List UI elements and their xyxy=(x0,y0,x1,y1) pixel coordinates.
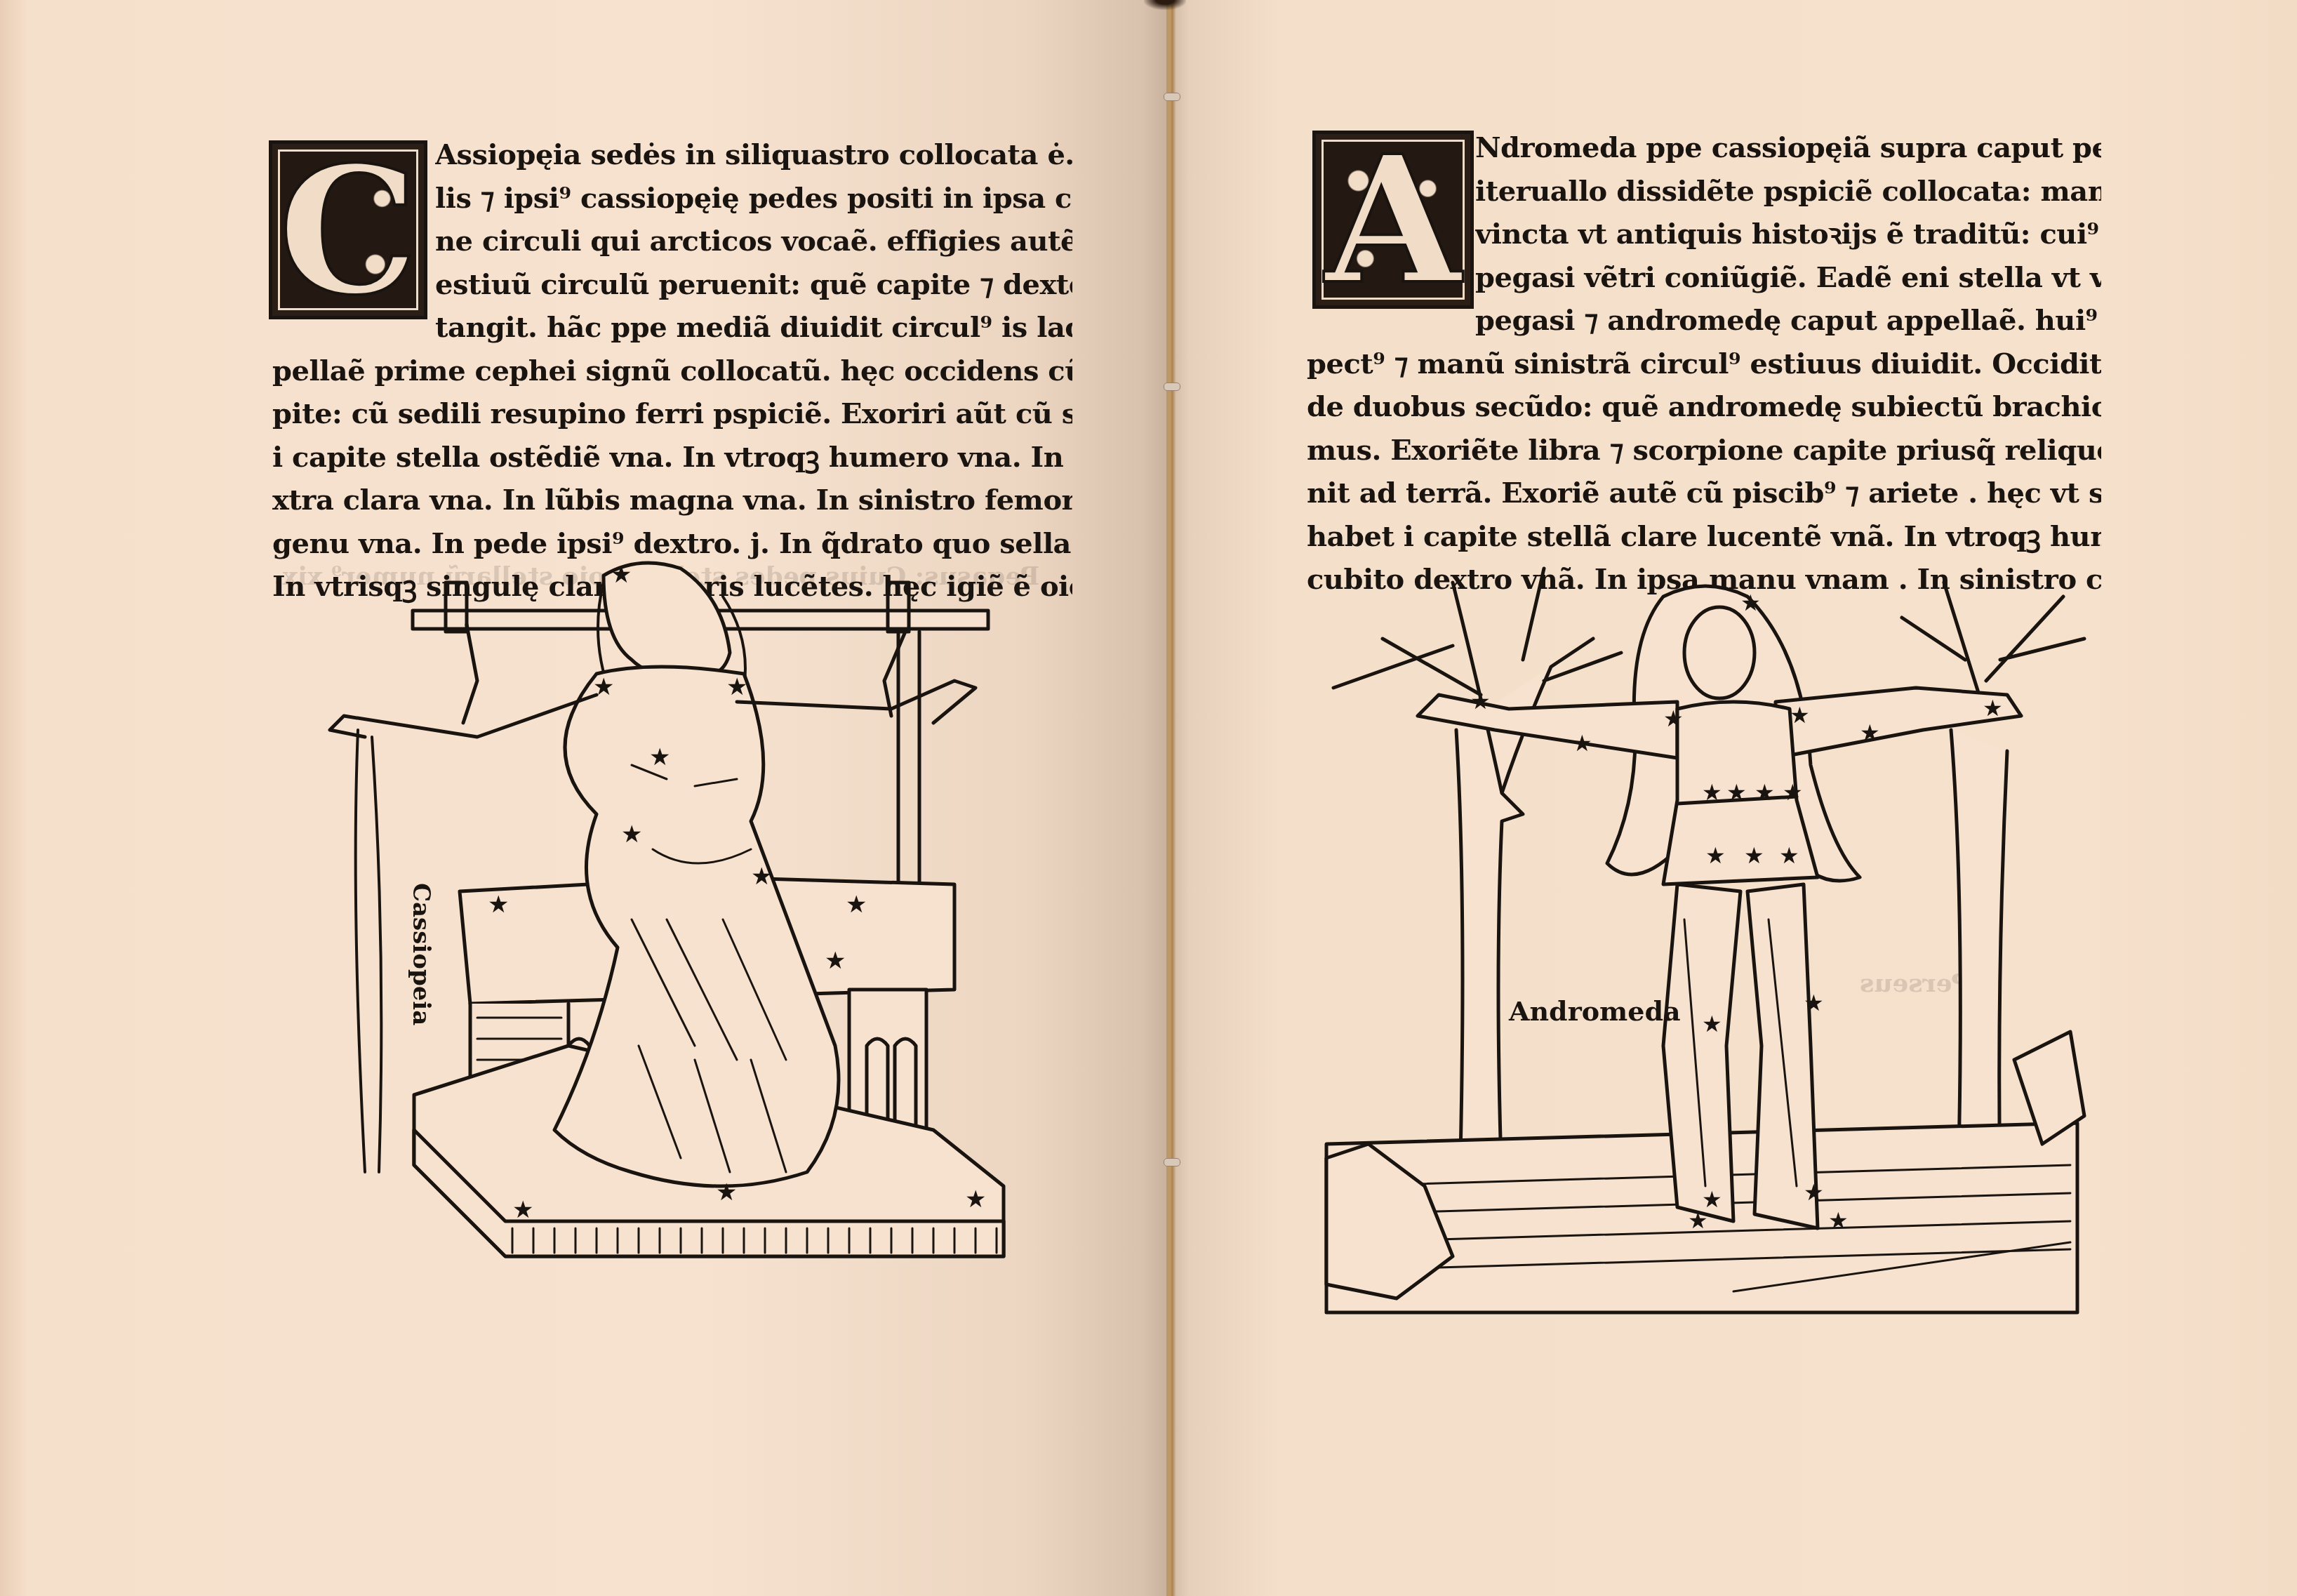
text-line: pegasi vẽtri coniũgiẽ. Eadẽ eni stella v… xyxy=(1475,256,2101,300)
spine-shadow xyxy=(1144,0,1186,10)
text-line: de duobus secũdo: quẽ andromedę subiectũ… xyxy=(1307,385,2101,429)
andromeda-label: Andromeda xyxy=(1509,995,1681,1027)
svg-text:★: ★ xyxy=(1688,1207,1708,1234)
text-line: estiuũ circulũ peruenit: quẽ capite ⁊ de… xyxy=(435,263,1072,307)
text-line: lis ⁊ ipsi⁹ cassiopęię pedes positi in i… xyxy=(435,177,1072,220)
initial-letter: C xyxy=(279,142,418,318)
svg-text:★: ★ xyxy=(716,1178,737,1206)
text-line: mus. Exoriẽte libra ⁊ scorpione capite p… xyxy=(1307,429,2101,472)
cassiopeia-label: Cassiopeia xyxy=(393,870,435,1039)
svg-text:★: ★ xyxy=(1804,990,1824,1016)
svg-text:★: ★ xyxy=(1702,1011,1722,1037)
svg-text:★: ★ xyxy=(593,673,614,701)
text-line: nit ad terrã. Exoriẽ autẽ cũ piscib⁹ ⁊ a… xyxy=(1307,472,2101,515)
svg-text:★: ★ xyxy=(1470,688,1491,714)
svg-text:★: ★ xyxy=(1804,1179,1824,1206)
binding-thread xyxy=(1164,93,1180,101)
svg-text:★: ★ xyxy=(1702,779,1722,806)
svg-text:★: ★ xyxy=(1726,779,1747,806)
svg-text:★: ★ xyxy=(512,1196,533,1224)
decorated-initial-c: C xyxy=(269,140,427,319)
svg-text:★: ★ xyxy=(726,673,747,701)
text-line: pegasi ⁊ andromedę caput appellaẽ. hui⁹ … xyxy=(1475,299,2101,343)
svg-text:★: ★ xyxy=(751,863,772,891)
text-line: Assiopęia sedės in siliquastro collocata… xyxy=(435,133,1072,177)
svg-text:★: ★ xyxy=(1663,705,1684,732)
svg-text:★: ★ xyxy=(1790,702,1810,729)
svg-text:★: ★ xyxy=(1755,779,1775,806)
text-line: pite: cũ sedili resupino ferri pspiciẽ. … xyxy=(272,392,1072,436)
svg-text:★: ★ xyxy=(1828,1207,1849,1234)
text-line: tangit. hãc ppe mediã diuidit circul⁹ is… xyxy=(435,306,1072,350)
text-line: i capite stella ostẽdiẽ vna. In vtroqꝫ h… xyxy=(272,436,1072,479)
svg-text:★: ★ xyxy=(488,891,509,919)
svg-text:★: ★ xyxy=(1860,719,1880,746)
svg-text:★: ★ xyxy=(1705,842,1726,869)
text-line: pellaẽ prime cephei signũ collocatũ. hęc… xyxy=(272,350,1072,393)
text-line: Ndromeda ppe cassiopęiã supra caput pers… xyxy=(1475,126,2101,170)
decorated-initial-a: A xyxy=(1312,131,1474,309)
text-line: ne circuli qui arcticos vocaẽ. effigies … xyxy=(435,220,1072,263)
book-gutter xyxy=(1166,0,1176,1596)
svg-text:★: ★ xyxy=(1783,779,1803,806)
svg-text:★: ★ xyxy=(611,561,632,589)
andromeda-woodcut: ★ ★ ★ ★ ★ ★ ★ ★ ★ ★ ★ ★ ★ ★ ★ ★ ★ ★ ★ ★ xyxy=(1312,554,2098,1341)
text-line: pect⁹ ⁊ manũ sinistrã circul⁹ estiuus di… xyxy=(1307,343,2101,386)
svg-text:★: ★ xyxy=(621,820,642,849)
binding-thread xyxy=(1164,1158,1180,1166)
text-line: xtra clara vna. In lũbis magna vna. In s… xyxy=(272,479,1072,522)
svg-text:★: ★ xyxy=(846,891,867,919)
svg-text:★: ★ xyxy=(1740,590,1761,616)
text-line: iteruallo dissidẽte pspiciẽ collocata: m… xyxy=(1475,170,2101,213)
text-line: habet i capite stellã clare lucentẽ vnã.… xyxy=(1307,515,2101,559)
svg-text:★: ★ xyxy=(825,947,846,975)
svg-text:★: ★ xyxy=(965,1185,986,1213)
svg-text:★: ★ xyxy=(1779,842,1799,869)
svg-text:★: ★ xyxy=(649,743,670,771)
svg-text:★: ★ xyxy=(1572,730,1592,757)
svg-text:★: ★ xyxy=(1983,695,2003,721)
initial-letter: A xyxy=(1325,132,1461,307)
binding-thread xyxy=(1164,383,1180,391)
svg-text:★: ★ xyxy=(1744,842,1764,869)
text-line: vincta vt antiquis histoꝛijs ẽ traditũ: … xyxy=(1475,213,2101,256)
